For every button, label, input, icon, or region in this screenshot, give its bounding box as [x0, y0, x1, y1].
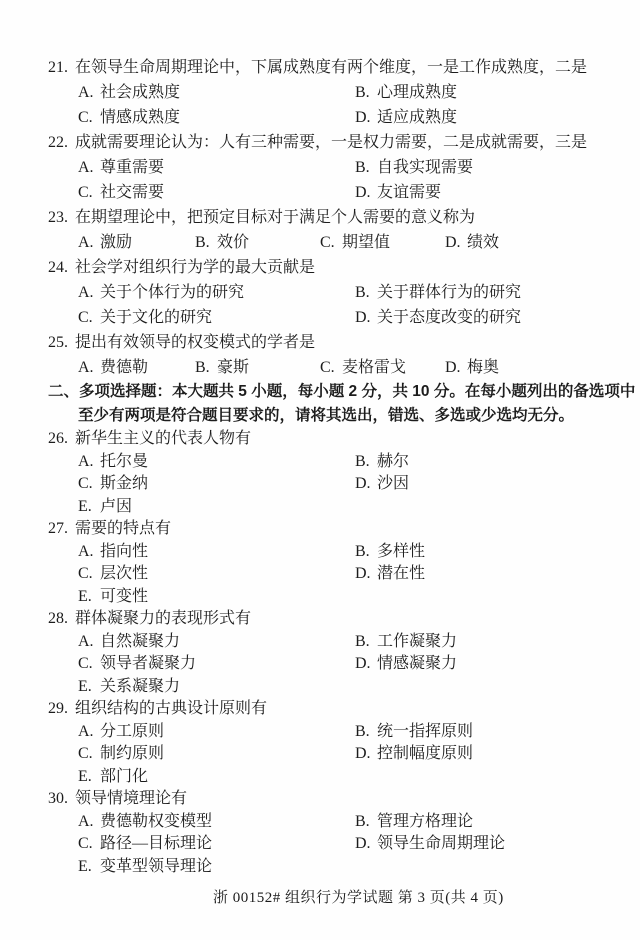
option-label: A.	[78, 541, 100, 564]
option-c: C. 斯金纳	[78, 473, 355, 496]
question-30: 30. 领导情境理论有 A. 费德勒权变模型 B. 管理方格理论 C.	[48, 788, 618, 878]
question-stem: 新华生主义的代表人物有	[75, 428, 251, 451]
option-text: 制约原则	[100, 743, 164, 766]
page-content: 21. 在领导生命周期理论中，下属成熟度有两个维度，一是工作成熟度，二是 A. …	[48, 55, 618, 878]
option-label: C.	[320, 355, 342, 380]
question-stem: 成就需要理论认为：人有三种需要，一是权力需要，二是成就需要，三是	[75, 130, 587, 155]
question-24: 24. 社会学对组织行为学的最大贡献是 A. 关于个体行为的研究 B. 关于群体…	[48, 255, 618, 330]
question-number: 23.	[48, 205, 75, 230]
question-number: 24.	[48, 255, 75, 280]
option-d: D. 沙因	[355, 473, 409, 496]
option-label: E.	[78, 496, 100, 519]
option-text: 麦格雷戈	[342, 355, 406, 380]
option-b: B. 关于群体行为的研究	[355, 280, 521, 305]
option-label: B.	[355, 721, 377, 744]
option-text: 沙因	[377, 473, 409, 496]
option-c: C. 关于文化的研究	[78, 305, 355, 330]
option-text: 尊重需要	[100, 155, 164, 180]
option-text: 激励	[100, 230, 132, 255]
section-2-heading: 二、多项选择题：本大题共 5 小题，每小题 2 分，共 10 分。在每小题列出的…	[48, 380, 618, 428]
option-label: A.	[78, 721, 100, 744]
option-b: B. 效价	[195, 230, 320, 255]
option-text: 多样性	[377, 541, 425, 564]
option-text: 管理方格理论	[377, 811, 473, 834]
option-label: A.	[78, 451, 100, 474]
option-label: A.	[78, 631, 100, 654]
option-label: E.	[78, 676, 100, 699]
option-text: 关于态度改变的研究	[377, 305, 521, 330]
question-number: 21.	[48, 55, 75, 80]
option-d: D. 情感凝聚力	[355, 653, 457, 676]
option-label: D.	[355, 180, 377, 205]
option-label: C.	[78, 833, 100, 856]
option-label: D.	[355, 105, 377, 130]
option-d: D. 梅奥	[445, 355, 499, 380]
option-text: 友谊需要	[377, 180, 441, 205]
option-label: E.	[78, 856, 100, 879]
option-text: 关于群体行为的研究	[377, 280, 521, 305]
option-label: D.	[355, 305, 377, 330]
question-25: 25. 提出有效领导的权变模式的学者是 A. 费德勒 B. 豪斯 C. 麦格雷戈	[48, 330, 618, 380]
option-c: C. 制约原则	[78, 743, 355, 766]
option-b: B. 赫尔	[355, 451, 409, 474]
option-text: 情感成熟度	[100, 105, 180, 130]
option-label: C.	[78, 180, 100, 205]
option-a: A. 托尔曼	[78, 451, 355, 474]
option-a: A. 费德勒权变模型	[78, 811, 355, 834]
option-e: E. 可变性	[78, 586, 148, 609]
question-stem: 领导情境理论有	[75, 788, 187, 811]
option-c: C. 社交需要	[78, 180, 355, 205]
option-a: A. 分工原则	[78, 721, 355, 744]
option-label: B.	[355, 155, 377, 180]
option-b: B. 多样性	[355, 541, 425, 564]
option-label: C.	[78, 305, 100, 330]
option-text: 统一指挥原则	[377, 721, 473, 744]
option-d: D. 领导生命周期理论	[355, 833, 505, 856]
option-label: D.	[445, 355, 467, 380]
exam-paper-page: 21. 在领导生命周期理论中，下属成熟度有两个维度，一是工作成熟度，二是 A. …	[0, 0, 640, 940]
option-label: B.	[355, 280, 377, 305]
question-stem: 群体凝聚力的表现形式有	[75, 608, 251, 631]
option-label: A.	[78, 280, 100, 305]
option-label: D.	[355, 473, 377, 496]
option-c: C. 领导者凝聚力	[78, 653, 355, 676]
question-number: 28.	[48, 608, 75, 631]
question-29: 29. 组织结构的古典设计原则有 A. 分工原则 B. 统一指挥原则 C.	[48, 698, 618, 788]
question-23: 23. 在期望理论中，把预定目标对于满足个人需要的意义称为 A. 激励 B. 效…	[48, 205, 618, 255]
option-text: 指向性	[100, 541, 148, 564]
option-label: C.	[320, 230, 342, 255]
option-c: C. 情感成熟度	[78, 105, 355, 130]
option-text: 领导者凝聚力	[100, 653, 196, 676]
option-text: 适应成熟度	[377, 105, 457, 130]
option-label: C.	[78, 653, 100, 676]
option-text: 社交需要	[100, 180, 164, 205]
option-d: D. 绩效	[445, 230, 499, 255]
option-text: 层次性	[100, 563, 148, 586]
option-text: 费德勒权变模型	[100, 811, 212, 834]
option-text: 领导生命周期理论	[377, 833, 505, 856]
question-stem: 在期望理论中，把预定目标对于满足个人需要的意义称为	[75, 205, 475, 230]
option-label: A.	[78, 155, 100, 180]
option-c: C. 层次性	[78, 563, 355, 586]
option-label: D.	[355, 653, 377, 676]
question-stem: 在领导生命周期理论中，下属成熟度有两个维度，一是工作成熟度，二是	[75, 55, 587, 80]
option-text: 关系凝聚力	[100, 676, 180, 699]
option-a: A. 社会成熟度	[78, 80, 355, 105]
option-label: B.	[355, 541, 377, 564]
option-label: B.	[355, 811, 377, 834]
option-text: 工作凝聚力	[377, 631, 457, 654]
question-stem: 社会学对组织行为学的最大贡献是	[75, 255, 315, 280]
option-label: E.	[78, 766, 100, 789]
question-number: 22.	[48, 130, 75, 155]
option-text: 控制幅度原则	[377, 743, 473, 766]
question-stem: 组织结构的古典设计原则有	[75, 698, 267, 721]
single-choice-section: 21. 在领导生命周期理论中，下属成熟度有两个维度，一是工作成熟度，二是 A. …	[48, 55, 618, 380]
question-number: 26.	[48, 428, 75, 451]
page-footer: 浙 00152# 组织行为学试题 第 3 页(共 4 页)	[213, 886, 504, 907]
option-a: A. 尊重需要	[78, 155, 355, 180]
option-b: B. 自我实现需要	[355, 155, 473, 180]
option-c: C. 麦格雷戈	[320, 355, 445, 380]
option-label: B.	[355, 451, 377, 474]
option-label: C.	[78, 473, 100, 496]
option-d: D. 潜在性	[355, 563, 425, 586]
option-text: 路径—目标理论	[100, 833, 212, 856]
section-heading-line-2: 至少有两项是符合题目要求的，请将其选出，错选、多选或少选均无分。	[78, 404, 618, 428]
option-label: D.	[355, 833, 377, 856]
option-e: E. 关系凝聚力	[78, 676, 180, 699]
option-a: A. 自然凝聚力	[78, 631, 355, 654]
option-d: D. 控制幅度原则	[355, 743, 473, 766]
question-number: 27.	[48, 518, 75, 541]
option-e: E. 卢因	[78, 496, 132, 519]
option-e: E. 部门化	[78, 766, 148, 789]
multiple-choice-section: 26. 新华生主义的代表人物有 A. 托尔曼 B. 赫尔 C.	[48, 428, 618, 878]
option-text: 托尔曼	[100, 451, 148, 474]
option-label: A.	[78, 80, 100, 105]
option-label: D.	[355, 743, 377, 766]
question-26: 26. 新华生主义的代表人物有 A. 托尔曼 B. 赫尔 C.	[48, 428, 618, 518]
option-text: 部门化	[100, 766, 148, 789]
option-a: A. 指向性	[78, 541, 355, 564]
option-label: D.	[355, 563, 377, 586]
option-text: 豪斯	[217, 355, 249, 380]
option-a: A. 费德勒	[78, 355, 195, 380]
option-label: B.	[355, 631, 377, 654]
option-a: A. 关于个体行为的研究	[78, 280, 355, 305]
option-b: B. 统一指挥原则	[355, 721, 473, 744]
option-c: C. 期望值	[320, 230, 445, 255]
option-text: 卢因	[100, 496, 132, 519]
option-d: D. 友谊需要	[355, 180, 441, 205]
option-label: D.	[445, 230, 467, 255]
option-text: 期望值	[342, 230, 390, 255]
option-text: 斯金纳	[100, 473, 148, 496]
option-text: 自然凝聚力	[100, 631, 180, 654]
option-text: 分工原则	[100, 721, 164, 744]
question-stem: 需要的特点有	[75, 518, 171, 541]
question-27: 27. 需要的特点有 A. 指向性 B. 多样性 C.	[48, 518, 618, 608]
question-22: 22. 成就需要理论认为：人有三种需要，一是权力需要，二是成就需要，三是 A. …	[48, 130, 618, 205]
option-b: B. 工作凝聚力	[355, 631, 457, 654]
option-label: B.	[195, 230, 217, 255]
option-b: B. 心理成熟度	[355, 80, 457, 105]
question-number: 30.	[48, 788, 75, 811]
option-text: 费德勒	[100, 355, 148, 380]
option-text: 潜在性	[377, 563, 425, 586]
option-label: C.	[78, 563, 100, 586]
question-stem: 提出有效领导的权变模式的学者是	[75, 330, 315, 355]
option-text: 关于文化的研究	[100, 305, 212, 330]
option-text: 自我实现需要	[377, 155, 473, 180]
option-label: C.	[78, 743, 100, 766]
question-21: 21. 在领导生命周期理论中，下属成熟度有两个维度，一是工作成熟度，二是 A. …	[48, 55, 618, 130]
option-text: 赫尔	[377, 451, 409, 474]
option-text: 关于个体行为的研究	[100, 280, 244, 305]
question-number: 29.	[48, 698, 75, 721]
question-28: 28. 群体凝聚力的表现形式有 A. 自然凝聚力 B. 工作凝聚力 C.	[48, 608, 618, 698]
section-heading-line-1: 二、多项选择题：本大题共 5 小题，每小题 2 分，共 10 分。在每小题列出的…	[48, 380, 618, 404]
option-b: B. 豪斯	[195, 355, 320, 380]
option-label: A.	[78, 230, 100, 255]
option-text: 变革型领导理论	[100, 856, 212, 879]
option-a: A. 激励	[78, 230, 195, 255]
option-label: E.	[78, 586, 100, 609]
option-label: A.	[78, 355, 100, 380]
option-label: A.	[78, 811, 100, 834]
option-d: D. 适应成熟度	[355, 105, 457, 130]
option-text: 效价	[217, 230, 249, 255]
option-text: 绩效	[467, 230, 499, 255]
option-b: B. 管理方格理论	[355, 811, 473, 834]
option-d: D. 关于态度改变的研究	[355, 305, 521, 330]
option-label: B.	[355, 80, 377, 105]
option-text: 可变性	[100, 586, 148, 609]
option-e: E. 变革型领导理论	[78, 856, 212, 879]
option-text: 情感凝聚力	[377, 653, 457, 676]
option-label: B.	[195, 355, 217, 380]
option-text: 梅奥	[467, 355, 499, 380]
option-c: C. 路径—目标理论	[78, 833, 355, 856]
option-label: C.	[78, 105, 100, 130]
question-number: 25.	[48, 330, 75, 355]
option-text: 社会成熟度	[100, 80, 180, 105]
option-text: 心理成熟度	[377, 80, 457, 105]
